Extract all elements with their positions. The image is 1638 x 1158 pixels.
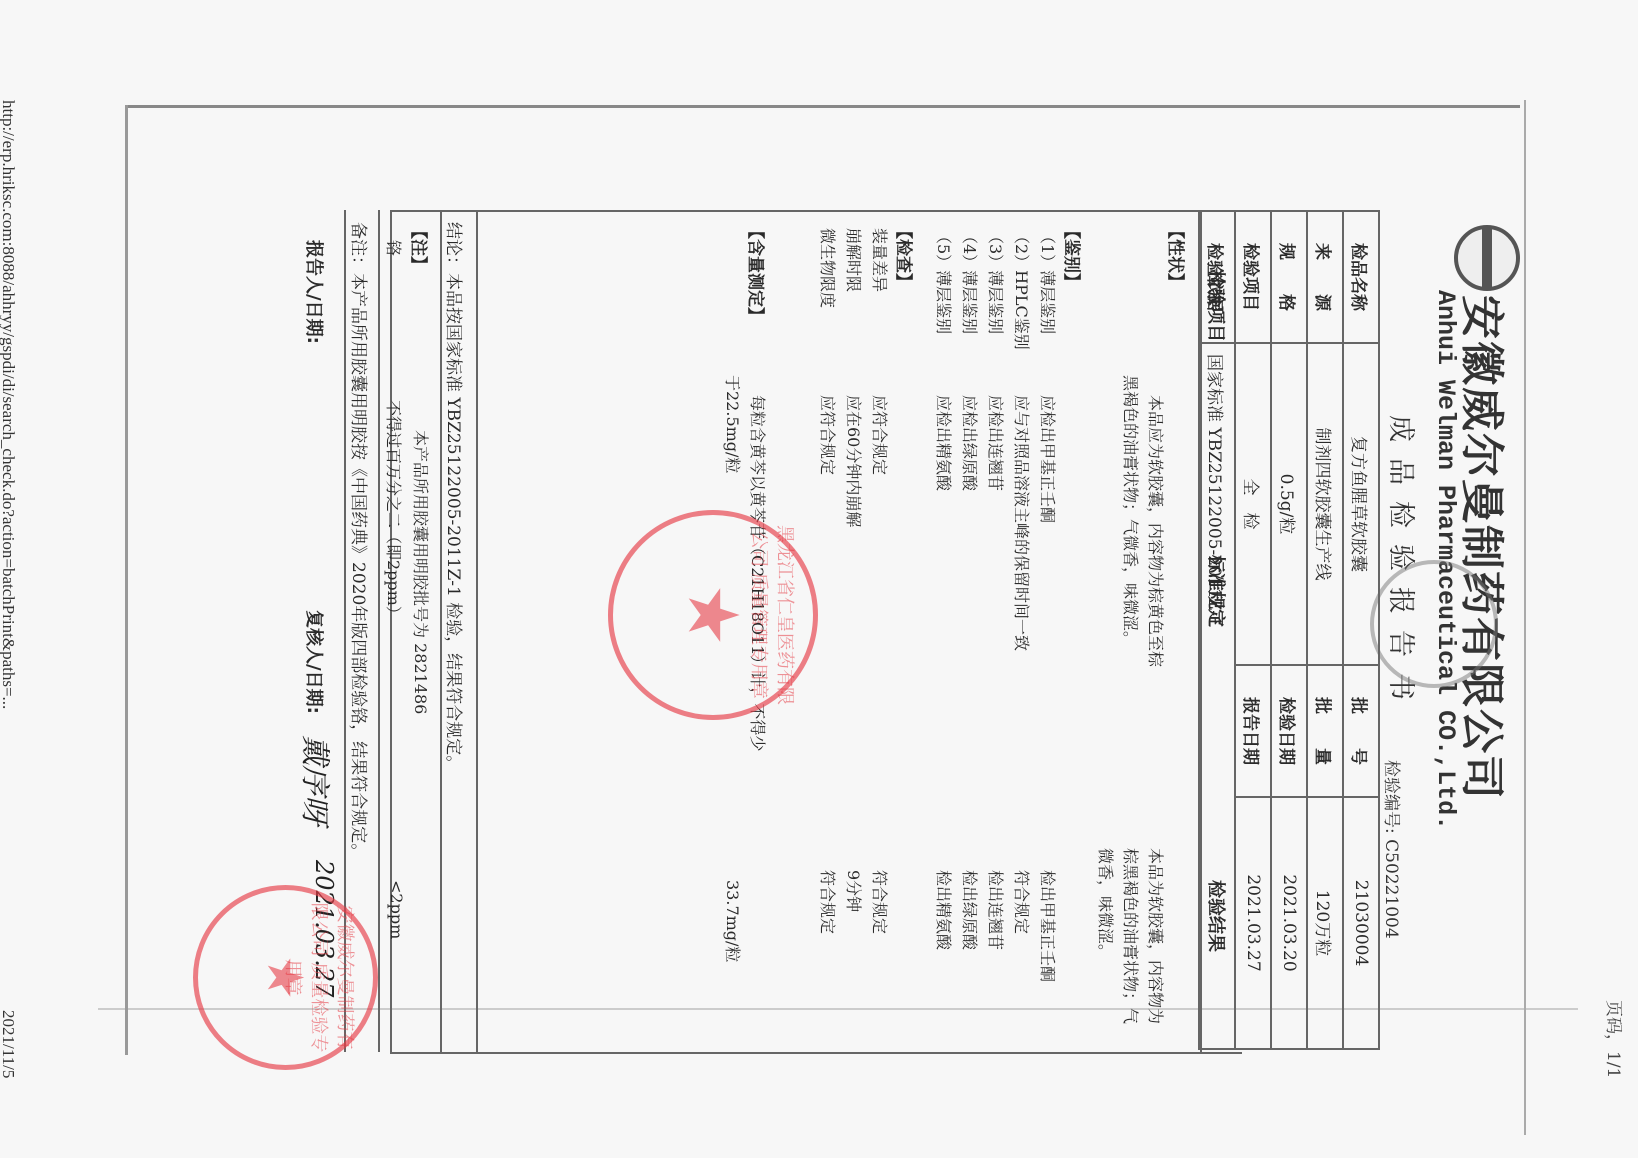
gray-stamp xyxy=(1370,560,1498,688)
product-name: 复方鱼腥草软胶囊 xyxy=(1343,343,1379,665)
note-result: <2ppm xyxy=(387,880,406,939)
batch-size-label: 批 量 xyxy=(1307,665,1343,797)
remark: 备注：本产品所用胶囊用明胶按《中国药典》2020年版四部检验铬，结果符合规定。 xyxy=(348,222,373,860)
spec: 0.5g/粒 xyxy=(1271,343,1307,665)
appearance-result: 棕黑褐色的油膏状物；气 xyxy=(1120,848,1143,1024)
test-date-label: 检验日期 xyxy=(1271,665,1307,797)
red-stamp: 黑龙江省仁皇医药有限公司 质量管理专用章 ★ xyxy=(608,510,818,720)
appearance-standard: 本品应为软胶囊，内容物为棕黄色至棕 xyxy=(1145,395,1168,667)
test-result: 检出甲基正壬酮 xyxy=(1037,870,1060,982)
col-head-standard: 标准规定 xyxy=(1204,555,1230,627)
reviewer-label: 复核人/日期: xyxy=(302,610,328,714)
test-result: 符合规定 xyxy=(869,870,892,934)
test-result: 检出绿原酸 xyxy=(959,870,982,950)
red-stamp: 安徽威尔曼制药有限公司 质量检验专用章 ★ xyxy=(193,885,378,1070)
star-icon: ★ xyxy=(672,584,754,647)
divider xyxy=(440,210,442,1052)
section-appearance: 【性状】 xyxy=(1165,222,1190,290)
appearance-result: 本品为软胶囊，内容物为 xyxy=(1145,848,1168,1024)
divider xyxy=(378,210,380,1052)
test-name: （5）薄层鉴别 xyxy=(933,228,956,334)
test-name: （1）薄层鉴别 xyxy=(1037,228,1060,334)
section-assay: 【含量测定】 xyxy=(745,222,770,324)
test-standard: 应检出连翘苷 xyxy=(985,395,1008,491)
source: 制剂四软胶囊生产线 xyxy=(1307,343,1343,665)
test-name: 装量差异 xyxy=(869,228,892,292)
batch-no-label: 批 号 xyxy=(1343,665,1379,797)
report-number-label: 检验编号: xyxy=(1381,760,1401,834)
assay-standard: 于22.5mg/粒 xyxy=(722,375,745,473)
conclusion: 结论：本品按国家标准 YBZ25122005-2011Z-1 检验，结果符合规定… xyxy=(443,222,468,772)
reviewer-signature: 戴序呀 xyxy=(296,735,340,825)
section-inspection: 【检查】 xyxy=(893,222,918,290)
test-name: 微生物限度 xyxy=(817,228,840,308)
test-standard: 应与对照品溶液主峰的保留时间一致 xyxy=(1011,395,1034,651)
print-date: 2021/11/5 xyxy=(0,1010,18,1078)
test-result: 符合规定 xyxy=(1011,870,1034,934)
test-result: 符合规定 xyxy=(817,870,840,934)
test-date: 2021.03.20 xyxy=(1271,797,1307,1049)
star-icon: ★ xyxy=(257,955,315,1000)
note-line1: 本产品所用胶囊用明胶批号为 2821486 xyxy=(410,430,433,714)
test-name: （3）薄层鉴别 xyxy=(985,228,1008,334)
print-url: http://erp.hriksc.com:8088/ahhryy/gspdi/… xyxy=(0,100,18,709)
test-result: 检出精氨酸 xyxy=(933,870,956,950)
report-number-value: C50221004 xyxy=(1381,839,1401,939)
frame-line xyxy=(125,105,1520,108)
test-name: （4）薄层鉴别 xyxy=(959,228,982,334)
stamp-text: 黑龙江省仁皇医药有限公司 质量管理专用章 xyxy=(747,525,799,705)
test-standard: 应符合规定 xyxy=(869,395,892,475)
source-label: 来 源 xyxy=(1307,211,1343,343)
page-number: 页码，1/1 xyxy=(1603,1000,1628,1078)
col-head-item: 检验项目 xyxy=(1204,270,1230,342)
reporter-label: 报告人/日期: xyxy=(302,240,328,344)
assay-result: 33.7mg/粒 xyxy=(722,880,745,962)
batch-no: 21030004 xyxy=(1343,797,1379,1049)
test-name: 崩解时限 xyxy=(843,228,866,292)
section-identification: 【鉴别】 xyxy=(1061,222,1086,290)
divider xyxy=(1200,210,1202,1052)
frame-line xyxy=(125,105,128,1055)
test-result: 检出连翘苷 xyxy=(985,870,1008,950)
col-head-result: 检验结果 xyxy=(1204,880,1230,952)
test-name: （2）HPLC鉴别 xyxy=(1011,228,1034,350)
company-name-cn: 安徽威尔曼制药有限公司 xyxy=(1454,295,1518,801)
divider xyxy=(476,210,478,1052)
note-item: 铬 xyxy=(383,240,406,256)
document-page: 页码，1/1 安徽威尔曼制药有限公司 Anhui Welman Pharmace… xyxy=(0,0,1638,1158)
product-name-label: 检品名称 xyxy=(1343,211,1379,343)
appearance-result: 微香，味微涩。 xyxy=(1095,848,1118,960)
scan-edge-line xyxy=(1524,100,1526,1135)
test-standard: 应符合规定 xyxy=(817,395,840,475)
test-standard: 应检出甲基正壬酮 xyxy=(1037,395,1060,523)
batch-size: 120万粒 xyxy=(1307,797,1343,1049)
report-number: 检验编号: C50221004 xyxy=(1381,760,1406,939)
spec-label: 规 格 xyxy=(1271,211,1307,343)
test-standard: 应在60分钟内崩解 xyxy=(843,395,866,527)
note-heading: 【注】 xyxy=(408,222,433,273)
test-standard: 应检出精氨酸 xyxy=(933,395,956,491)
test-result: 9分钟 xyxy=(843,870,866,912)
note-line2: 不得过百万分之二（即2ppm） xyxy=(383,400,406,622)
company-logo-icon xyxy=(1454,225,1520,291)
appearance-standard: 黑褐色的油膏状物；气微香，味微涩。 xyxy=(1120,375,1143,647)
test-standard: 应检出绿原酸 xyxy=(959,395,982,491)
